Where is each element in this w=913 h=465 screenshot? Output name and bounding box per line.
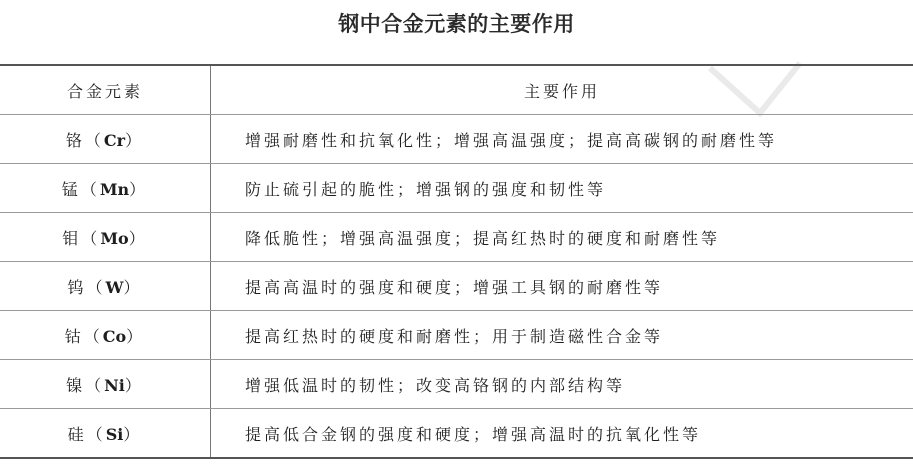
element-name: 镍	[66, 376, 85, 395]
element-cell: 钴（Co）	[0, 311, 211, 360]
open-paren: （	[87, 278, 106, 297]
open-paren: （	[85, 376, 104, 395]
close-paren: ）	[126, 327, 145, 346]
close-paren: ）	[125, 376, 144, 395]
element-name: 钼	[62, 229, 81, 248]
table-row: 钴（Co） 提高红热时的硬度和耐磨性；用于制造磁性合金等	[0, 311, 913, 360]
effect-cell: 防止硫引起的脆性；增强钢的强度和韧性等	[211, 164, 913, 213]
effect-cell: 提高高温时的强度和硬度；增强工具钢的耐磨性等	[211, 262, 913, 311]
table-row: 镍（Ni） 增强低温时的韧性；改变高铬钢的内部结构等	[0, 360, 913, 409]
table-row: 钨（W） 提高高温时的强度和硬度；增强工具钢的耐磨性等	[0, 262, 913, 311]
element-name: 硅	[68, 425, 87, 444]
element-name: 锰	[62, 180, 81, 199]
table-row: 铬（Cr） 增强耐磨性和抗氧化性；增强高温强度；提高高碳钢的耐磨性等	[0, 115, 913, 164]
effect-cell: 增强低温时的韧性；改变高铬钢的内部结构等	[211, 360, 913, 409]
element-cell: 铬（Cr）	[0, 115, 211, 164]
effect-cell: 降低脆性；增强高温强度；提高红热时的硬度和耐磨性等	[211, 213, 913, 262]
table-header-row: 合金元素 主要作用	[0, 65, 913, 115]
open-paren: （	[84, 327, 103, 346]
element-symbol: Cr	[104, 131, 125, 150]
close-paren: ）	[123, 278, 142, 297]
table-row: 锰（Mn） 防止硫引起的脆性；增强钢的强度和韧性等	[0, 164, 913, 213]
open-paren: （	[87, 425, 106, 444]
effect-cell: 提高红热时的硬度和耐磨性；用于制造磁性合金等	[211, 311, 913, 360]
table-row: 硅（Si） 提高低合金钢的强度和硬度；增强高温时的抗氧化性等	[0, 409, 913, 459]
page-title: 钢中合金元素的主要作用	[0, 8, 913, 38]
alloy-elements-table: 合金元素 主要作用 铬（Cr） 增强耐磨性和抗氧化性；增强高温强度；提高高碳钢的…	[0, 64, 913, 459]
table-row: 钼（Mo） 降低脆性；增强高温强度；提高红热时的硬度和耐磨性等	[0, 213, 913, 262]
header-main-effect: 主要作用	[211, 65, 913, 115]
element-symbol: Mn	[100, 180, 129, 199]
element-symbol: W	[106, 278, 124, 297]
close-paren: ）	[129, 229, 148, 248]
header-alloy-element: 合金元素	[0, 65, 211, 115]
element-symbol: Mo	[100, 229, 128, 248]
open-paren: （	[81, 180, 100, 199]
element-name: 铬	[66, 131, 85, 150]
close-paren: ）	[129, 180, 148, 199]
element-cell: 硅（Si）	[0, 409, 211, 459]
element-name: 钴	[65, 327, 84, 346]
effect-cell: 增强耐磨性和抗氧化性；增强高温强度；提高高碳钢的耐磨性等	[211, 115, 913, 164]
open-paren: （	[81, 229, 100, 248]
element-cell: 锰（Mn）	[0, 164, 211, 213]
element-cell: 钼（Mo）	[0, 213, 211, 262]
close-paren: ）	[125, 131, 144, 150]
element-cell: 钨（W）	[0, 262, 211, 311]
element-symbol: Co	[103, 327, 126, 346]
element-name: 钨	[67, 278, 86, 297]
element-cell: 镍（Ni）	[0, 360, 211, 409]
element-symbol: Ni	[104, 376, 125, 395]
open-paren: （	[85, 131, 104, 150]
element-symbol: Si	[106, 425, 124, 444]
close-paren: ）	[123, 425, 142, 444]
effect-cell: 提高低合金钢的强度和硬度；增强高温时的抗氧化性等	[211, 409, 913, 459]
